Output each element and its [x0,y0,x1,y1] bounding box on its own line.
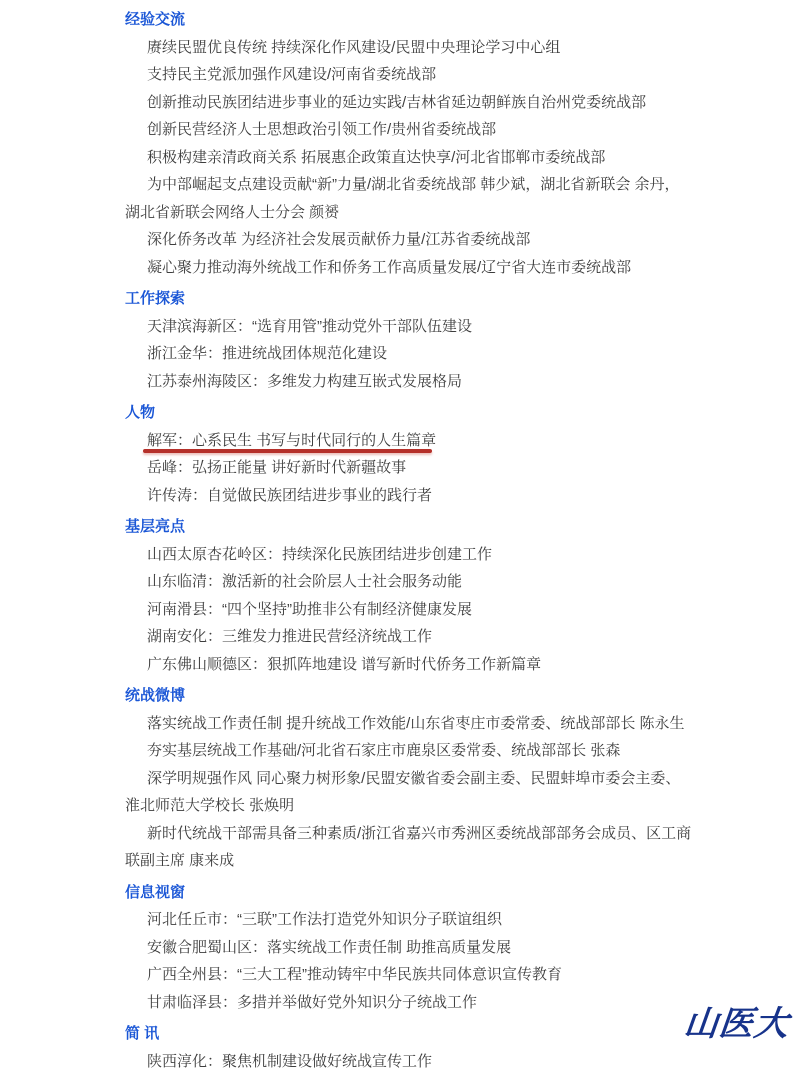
toc-entry-text: 解军：心系民生 书写与时代同行的人生篇章 [147,432,436,449]
section-heading: 人物 [125,399,785,427]
toc-entry-line: 湖北省新联会网络人士分会 颜赟 [125,199,785,227]
toc-entry-line: 创新推动民族团结进步事业的延边实践/吉林省延边朝鲜族自治州党委统战部 [125,89,785,117]
toc-entry-line: 山西太原杏花岭区：持续深化民族团结进步创建工作 [125,541,785,569]
toc-entry-text: 山东临清：激活新的社会阶层人士社会服务动能 [147,573,462,590]
toc-entry-line: 山东临清：激活新的社会阶层人士社会服务动能 [125,568,785,596]
toc-entry-line: 创新民营经济人士思想政治引领工作/贵州省委统战部 [125,116,785,144]
toc-entry-line: 广西全州县：“三大工程”推动铸牢中华民族共同体意识宣传教育 [125,961,785,989]
toc-entry-line: 广东佛山顺德区：狠抓阵地建设 谱写新时代侨务工作新篇章 [125,651,785,679]
toc-entry-text: 淮北师范大学校长 张焕明 [125,797,294,814]
toc-entry-line: 积极构建亲清政商关系 拓展惠企政策直达快享/河北省邯郸市委统战部 [125,144,785,172]
toc-entry-text: 新时代统战干部需具备三种素质/浙江省嘉兴市秀洲区委统战部部务会成员、区工商 [147,825,691,842]
toc-entry-line: 落实统战工作责任制 提升统战工作效能/山东省枣庄市委常委、统战部部长 陈永生 [125,710,785,738]
toc-entry-line: 湖南安化：三维发力推进民营经济统战工作 [125,623,785,651]
toc-entry-line: 安徽合肥蜀山区：落实统战工作责任制 助推高质量发展 [125,934,785,962]
toc-entry-line: 陕西淳化：聚焦机制建设做好统战宣传工作 [125,1048,785,1068]
toc-entry-text: 河南滑县：“四个坚持”助推非公有制经济健康发展 [147,601,472,618]
toc-entry-line: 为中部崛起支点建设贡献“新”力量/湖北省委统战部 韩少斌，湖北省新联会 余丹， [125,171,785,199]
toc-entry-text: 赓续民盟优良传统 持续深化作风建设/民盟中央理论学习中心组 [147,39,560,56]
table-of-contents: 经验交流赓续民盟优良传统 持续深化作风建设/民盟中央理论学习中心组支持民主党派加… [125,6,785,1067]
section-heading: 经验交流 [125,6,785,34]
toc-entry-text: 甘肃临泽县：多措并举做好党外知识分子统战工作 [147,994,477,1011]
section-heading: 信息视窗 [125,879,785,907]
toc-entry-text: 夯实基层统战工作基础/河北省石家庄市鹿泉区委常委、统战部部长 张森 [147,742,620,759]
toc-entry-text: 创新民营经济人士思想政治引领工作/贵州省委统战部 [147,121,496,138]
toc-entry-line: 淮北师范大学校长 张焕明 [125,792,785,820]
toc-entry-line: 新时代统战干部需具备三种素质/浙江省嘉兴市秀洲区委统战部部务会成员、区工商 [125,820,785,848]
toc-entry-line: 夯实基层统战工作基础/河北省石家庄市鹿泉区委常委、统战部部长 张森 [125,737,785,765]
toc-entry-line: 天津滨海新区：“选育用管”推动党外干部队伍建设 [125,313,785,341]
toc-entry-line: 河南滑县：“四个坚持”助推非公有制经济健康发展 [125,596,785,624]
toc-entry-text: 落实统战工作责任制 提升统战工作效能/山东省枣庄市委常委、统战部部长 陈永生 [147,715,685,732]
toc-entry-line: 解军：心系民生 书写与时代同行的人生篇章 [125,427,785,455]
toc-entry-line: 许传涛：自觉做民族团结进步事业的践行者 [125,482,785,510]
toc-entry-text: 岳峰：弘扬正能量 讲好新时代新疆故事 [147,459,406,476]
toc-entry-text: 深化侨务改革 为经济社会发展贡献侨力量/江苏省委统战部 [147,231,530,248]
toc-entry-text: 湖北省新联会网络人士分会 颜赟 [125,204,339,221]
journal-logo: 山医大 [681,1000,796,1048]
toc-entry-text: 联副主席 康来成 [125,852,234,869]
toc-entry-text: 陕西淳化：聚焦机制建设做好统战宣传工作 [147,1053,432,1068]
toc-entry-line: 深学明规强作风 同心聚力树形象/民盟安徽省委会副主委、民盟蚌埠市委会主委、 [125,765,785,793]
toc-entry-text: 深学明规强作风 同心聚力树形象/民盟安徽省委会副主委、民盟蚌埠市委会主委、 [147,770,680,787]
section-heading: 工作探索 [125,285,785,313]
section-heading: 统战微博 [125,682,785,710]
toc-entry-text: 江苏泰州海陵区：多维发力构建互嵌式发展格局 [147,373,462,390]
red-underline-annotation [143,449,432,453]
toc-entry-text: 浙江金华：推进统战团体规范化建设 [147,345,387,362]
section-heading: 基层亮点 [125,513,785,541]
toc-entry-text: 为中部崛起支点建设贡献“新”力量/湖北省委统战部 韩少斌，湖北省新联会 余丹， [147,176,680,193]
toc-entry-text: 许传涛：自觉做民族团结进步事业的践行者 [147,487,432,504]
toc-entry-text: 山西太原杏花岭区：持续深化民族团结进步创建工作 [147,546,492,563]
toc-entry-line: 联副主席 康来成 [125,847,785,875]
toc-entry-text: 支持民主党派加强作风建设/河南省委统战部 [147,66,436,83]
toc-entry-text: 天津滨海新区：“选育用管”推动党外干部队伍建设 [147,318,472,335]
toc-entry-line: 深化侨务改革 为经济社会发展贡献侨力量/江苏省委统战部 [125,226,785,254]
toc-entry-text: 广东佛山顺德区：狠抓阵地建设 谱写新时代侨务工作新篇章 [147,656,541,673]
toc-entry-line: 支持民主党派加强作风建设/河南省委统战部 [125,61,785,89]
toc-entry-line: 赓续民盟优良传统 持续深化作风建设/民盟中央理论学习中心组 [125,34,785,62]
toc-entry-line: 岳峰：弘扬正能量 讲好新时代新疆故事 [125,454,785,482]
toc-entry-text: 广西全州县：“三大工程”推动铸牢中华民族共同体意识宣传教育 [147,966,562,983]
toc-entry-text: 凝心聚力推动海外统战工作和侨务工作高质量发展/辽宁省大连市委统战部 [147,259,631,276]
toc-entry-line: 河北任丘市：“三联”工作法打造党外知识分子联谊组织 [125,906,785,934]
toc-entry-text: 创新推动民族团结进步事业的延边实践/吉林省延边朝鲜族自治州党委统战部 [147,94,646,111]
toc-entry-text: 河北任丘市：“三联”工作法打造党外知识分子联谊组织 [147,911,502,928]
toc-entry-line: 浙江金华：推进统战团体规范化建设 [125,340,785,368]
toc-entry-text: 安徽合肥蜀山区：落实统战工作责任制 助推高质量发展 [147,939,511,956]
toc-entry-text: 积极构建亲清政商关系 拓展惠企政策直达快享/河北省邯郸市委统战部 [147,149,605,166]
toc-entry-text: 湖南安化：三维发力推进民营经济统战工作 [147,628,432,645]
toc-entry-line: 凝心聚力推动海外统战工作和侨务工作高质量发展/辽宁省大连市委统战部 [125,254,785,282]
toc-entry-line: 江苏泰州海陵区：多维发力构建互嵌式发展格局 [125,368,785,396]
